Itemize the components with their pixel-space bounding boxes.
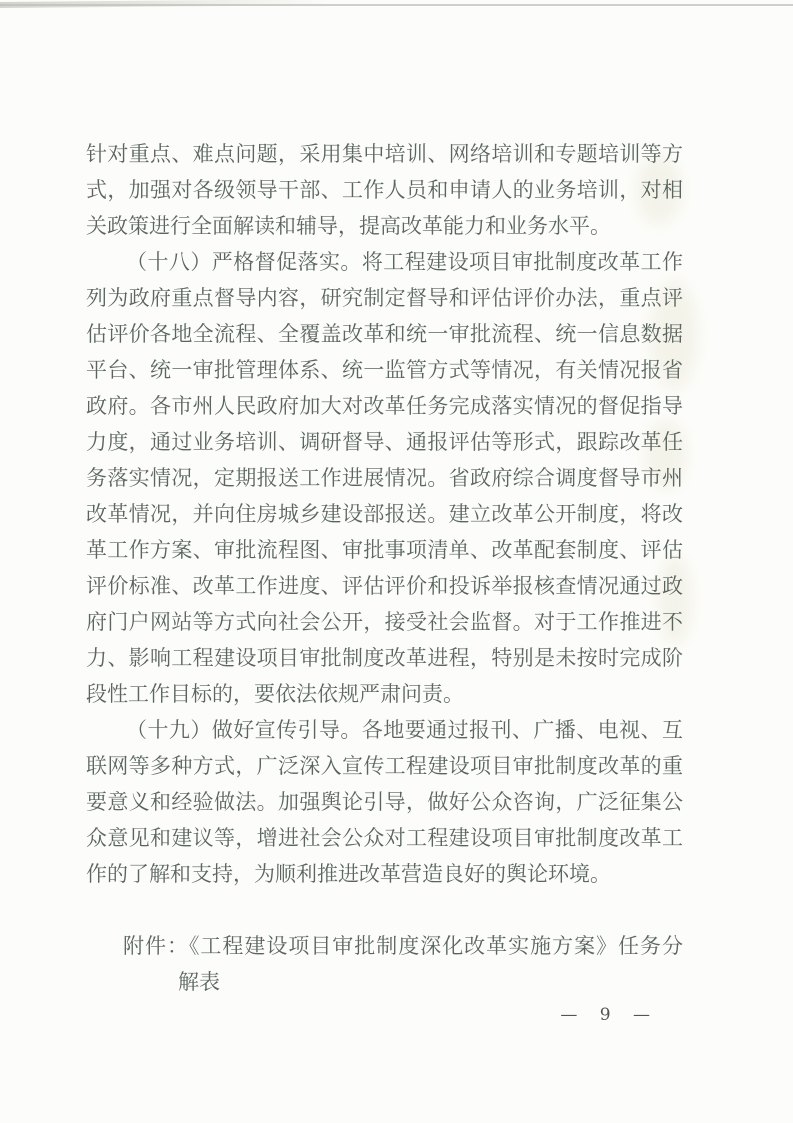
text-line: 作的了解和支持，为顺利推进改革营造良好的舆论环境。 [86, 856, 683, 892]
page-number: — 9 — [560, 1004, 655, 1026]
scan-edge-line [0, 4, 793, 6]
document-body: 针对重点、难点问题，采用集中培训、网络培训和专题培训等方式，加强对各级领导干部、… [86, 136, 683, 892]
text-line: 政府。各市州人民政府加大对改革任务完成落实情况的督促指导 [86, 388, 683, 424]
text-line: 力、影响工程建设项目审批制度改革进程，特别是未按时完成阶 [86, 640, 683, 676]
text-line: 府门户网站等方式向社会公开，接受社会监督。对于工作推进不 [86, 604, 683, 640]
text-line: 式，加强对各级领导干部、工作人员和申请人的业务培训，对相 [86, 172, 683, 208]
text-line: 众意见和建议等，增进社会公众对工程建设项目审批制度改革工 [86, 820, 683, 856]
attachment-line: 解表 [86, 964, 683, 1000]
text-line: 针对重点、难点问题，采用集中培训、网络培训和专题培训等方 [86, 136, 683, 172]
text-line: 列为政府重点督导内容，研究制定督导和评估评价办法，重点评 [86, 280, 683, 316]
text-line: 关政策进行全面解读和辅导，提高改革能力和业务水平。 [86, 208, 683, 244]
text-line: （十八）严格督促落实。将工程建设项目审批制度改革工作 [86, 244, 683, 280]
text-line: 评价标准、改革工作进度、评估评价和投诉举报核查情况通过政 [86, 568, 683, 604]
document-page: 针对重点、难点问题，采用集中培训、网络培训和专题培训等方式，加强对各级领导干部、… [0, 0, 793, 1123]
text-line: 力度，通过业务培训、调研督导、通报评估等形式，跟踪改革任 [86, 424, 683, 460]
text-line: 革工作方案、审批流程图、审批事项清单、改革配套制度、评估 [86, 532, 683, 568]
text-line: 估评价各地全流程、全覆盖改革和统一审批流程、统一信息数据 [86, 316, 683, 352]
text-line: 平台、统一审批管理体系、统一监管方式等情况，有关情况报省 [86, 352, 683, 388]
attachment-note: 附件：《工程建设项目审批制度深化改革实施方案》任务分解表 [86, 928, 683, 1000]
text-line: （十九）做好宣传引导。各地要通过报刊、广播、电视、互 [86, 712, 683, 748]
text-line: 段性工作目标的，要依法依规严肃问责。 [86, 676, 683, 712]
attachment-line: 附件：《工程建设项目审批制度深化改革实施方案》任务分 [86, 928, 683, 964]
text-line: 改革情况，并向住房城乡建设部报送。建立改革公开制度，将改 [86, 496, 683, 532]
text-line: 务落实情况，定期报送工作进展情况。省政府综合调度督导市州 [86, 460, 683, 496]
text-line: 联网等多种方式，广泛深入宣传工程建设项目审批制度改革的重 [86, 748, 683, 784]
text-line: 要意义和经验做法。加强舆论引导，做好公众咨询，广泛征集公 [86, 784, 683, 820]
